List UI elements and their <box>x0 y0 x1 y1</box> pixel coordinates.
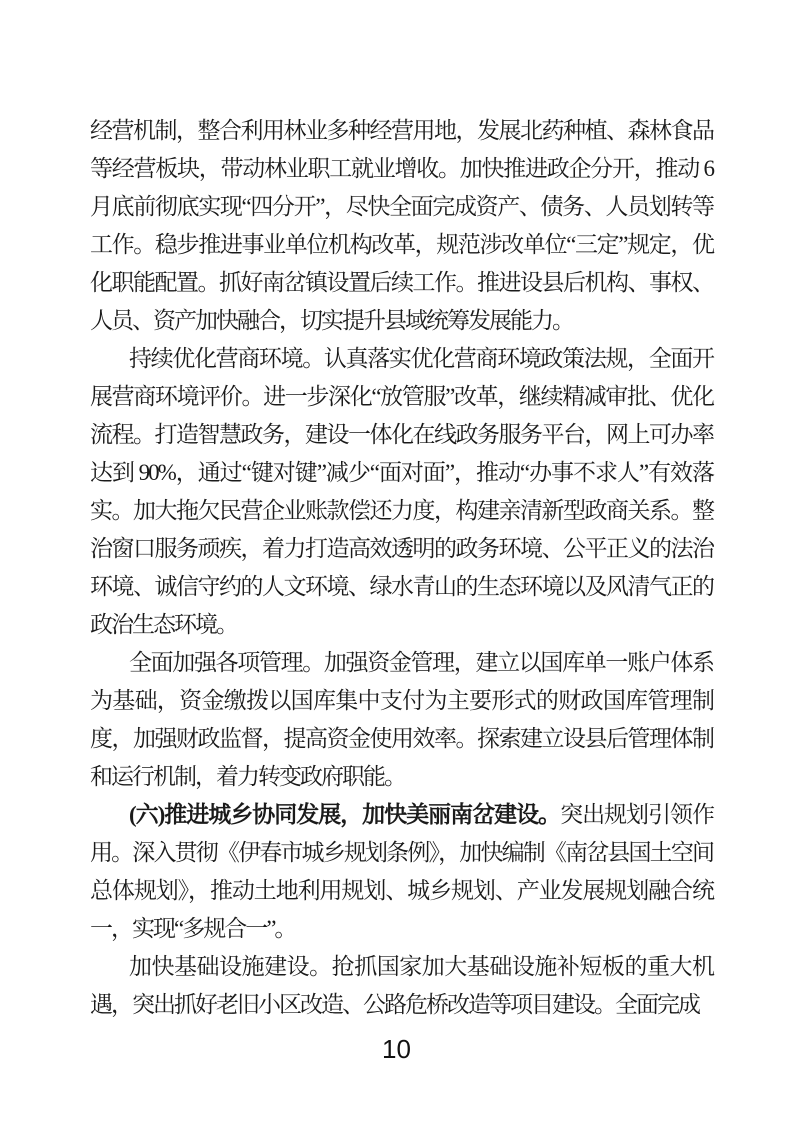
text-run: 持续优化营商环境。认真落实优化营商环境政策法规，全面开展营商环境评价。进一步深化… <box>90 346 713 637</box>
document-body: 经营机制，整合利用林业多种经营用地，发展北药种植、森林食品等经营板块，带动林业职… <box>90 112 713 1024</box>
text-run: 全面加强各项管理。加强资金管理，建立以国库单一账户体系为基础，资金缴拨以国库集中… <box>90 650 713 789</box>
bold-text-run: (六)推进城乡协同发展，加快美丽南岔建设。 <box>129 802 560 827</box>
paragraph: 持续优化营商环境。认真落实优化营商环境政策法规，全面开展营商环境评价。进一步深化… <box>90 340 713 644</box>
paragraph: 全面加强各项管理。加强资金管理，建立以国库单一账户体系为基础，资金缴拨以国库集中… <box>90 644 713 796</box>
text-run: 加快基础设施建设。抢抓国家加大基础设施补短板的重大机遇，突出抓好老旧小区改造、公… <box>90 954 713 1017</box>
document-page: 经营机制，整合利用林业多种经营用地，发展北药种植、森林食品等经营板块，带动林业职… <box>0 0 793 1122</box>
page-number: 10 <box>382 1034 411 1065</box>
paragraph: 经营机制，整合利用林业多种经营用地，发展北药种植、森林食品等经营板块，带动林业职… <box>90 112 713 340</box>
paragraph: 加快基础设施建设。抢抓国家加大基础设施补短板的重大机遇，突出抓好老旧小区改造、公… <box>90 948 713 1024</box>
paragraph: (六)推进城乡协同发展，加快美丽南岔建设。突出规划引领作用。深入贯彻《伊春市城乡… <box>90 796 713 948</box>
text-run: 经营机制，整合利用林业多种经营用地，发展北药种植、森林食品等经营板块，带动林业职… <box>90 118 713 333</box>
page-footer: 10 <box>0 1034 793 1065</box>
